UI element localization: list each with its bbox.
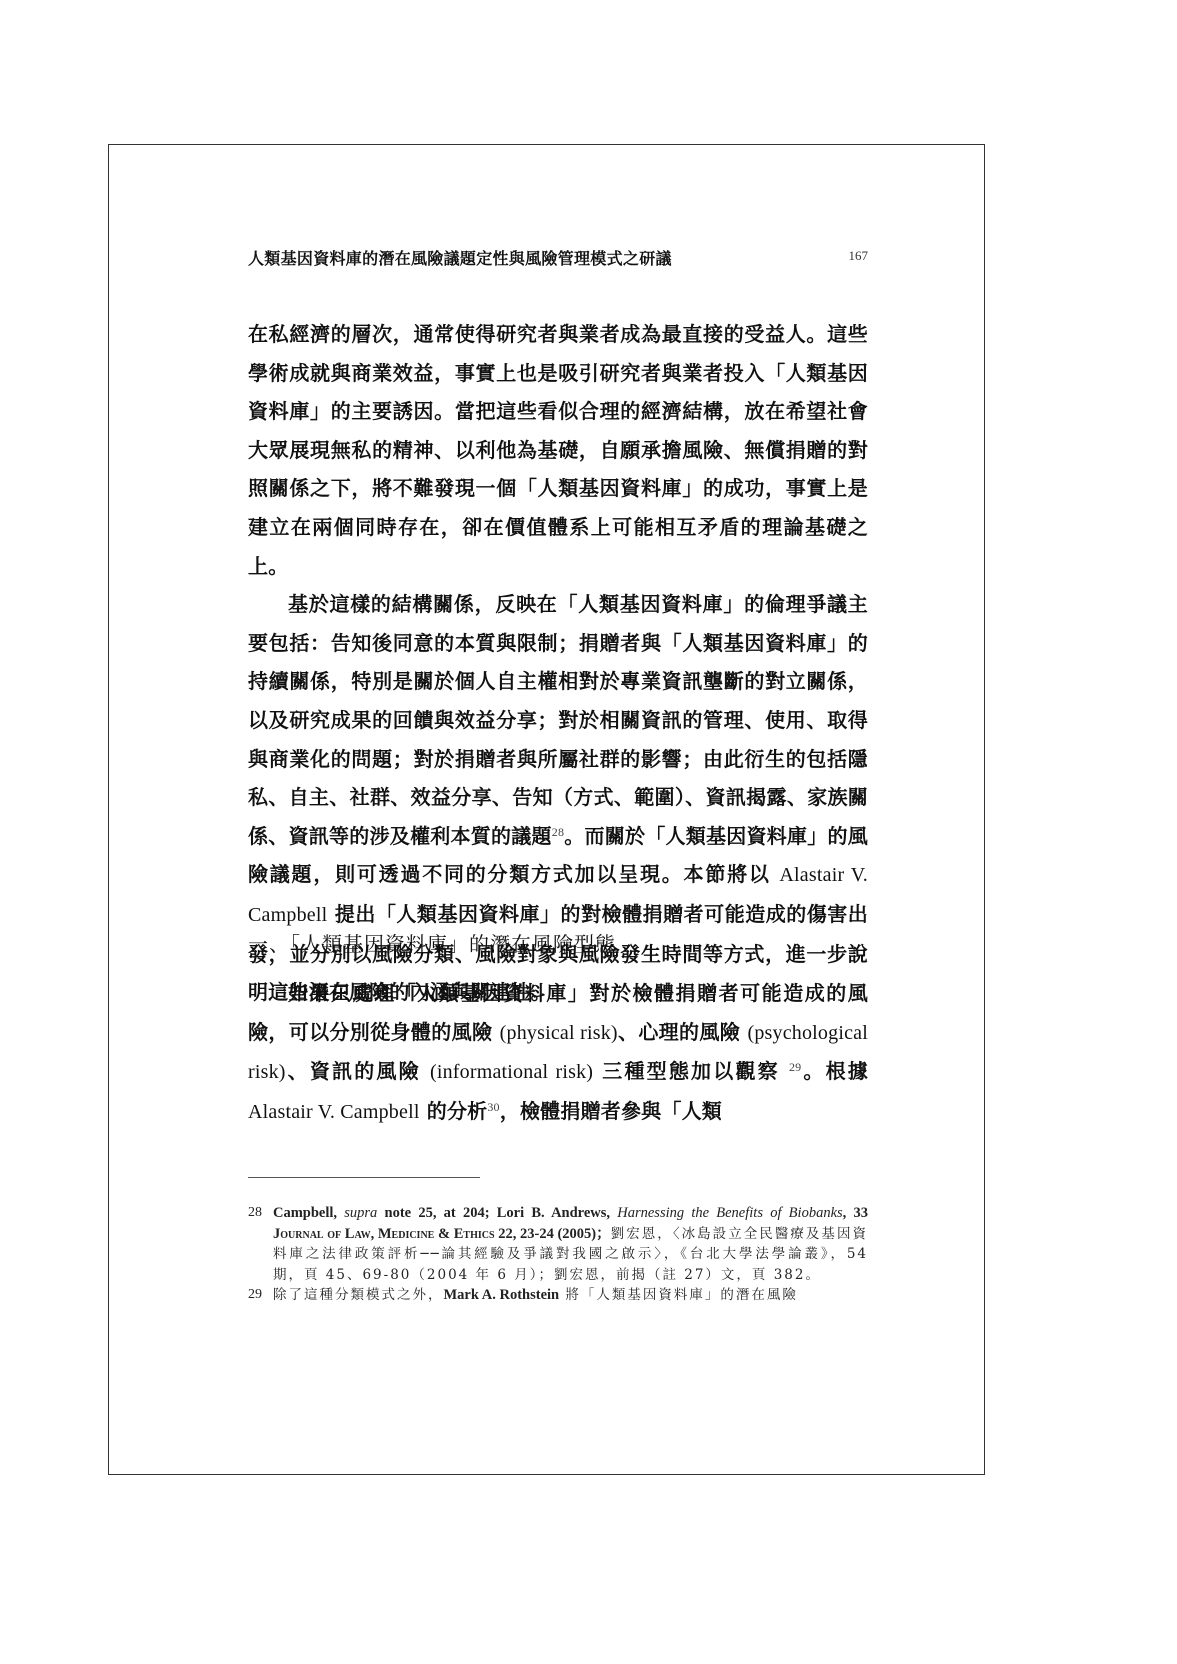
footnote-text-cjk: 將「人類基因資料庫」的潛在風險: [559, 1287, 798, 1303]
section-heading: 一、「人類基因資料庫」的潛在風險型態: [248, 928, 868, 957]
footnotes: 28 Campbell, supra note 25, at 204; Lori…: [248, 1203, 868, 1306]
footnote-28: 28 Campbell, supra note 25, at 204; Lori…: [248, 1203, 868, 1285]
footnote-text: , 33: [843, 1205, 868, 1221]
paragraph-3: 如果只處理「人類基因資料庫」對於檢體捐贈者可能造成的風險，可以分別從身體的風險 …: [248, 974, 868, 1131]
page-number: 167: [849, 248, 869, 264]
paragraph-3-text: 、資訊的風險: [286, 1059, 421, 1083]
paragraph-3-text: 三種型態加以觀察: [602, 1059, 780, 1083]
author-name: Alastair V. Campbell: [248, 1101, 420, 1123]
paragraph-1: 在私經濟的層次，通常使得研究者與業者成為最直接的受益人。這些學術成就與商業效益，…: [248, 315, 868, 585]
english-term: (physical risk): [500, 1022, 618, 1044]
running-head: 人類基因資料庫的潛在風險議題定性與風險管理模式之研議 167: [248, 246, 868, 270]
footnote-text: Campbell,: [273, 1205, 344, 1221]
paragraph-2-text: 基於這樣的結構關係，反映在「人類基因資料庫」的倫理爭議主要包括：告知後同意的本質…: [248, 592, 868, 848]
paragraph-3-text: 、心理的風險: [618, 1020, 740, 1044]
footnote-ref-29[interactable]: 29: [789, 1060, 801, 1074]
footnote-italic: supra: [344, 1205, 377, 1221]
paragraph-3-text: ，檢體捐贈者參與「人類: [500, 1099, 722, 1123]
english-term: (informational risk): [430, 1061, 593, 1083]
running-head-title: 人類基因資料庫的潛在風險議題定性與風險管理模式之研議: [248, 246, 672, 269]
footnote-separator: [248, 1177, 480, 1178]
footnote-ref-30[interactable]: 30: [487, 1100, 499, 1114]
footnote-number: 29: [248, 1285, 262, 1306]
author-name: Mark A. Rothstein: [444, 1287, 560, 1303]
paragraph-3-text: 的分析: [427, 1099, 488, 1123]
body-text: 在私經濟的層次，通常使得研究者與業者成為最直接的受益人。這些學術成就與商業效益，…: [248, 315, 868, 1012]
footnote-29: 29 除了這種分類模式之外，Mark A. Rothstein 將「人類基因資料…: [248, 1285, 868, 1306]
footnote-title-italic: Harnessing the Benefits of Biobanks: [617, 1205, 842, 1221]
journal-name: Journal of Law, Medicine & Ethics: [273, 1226, 495, 1242]
footnote-text: note 25, at 204; Lori B. Andrews,: [377, 1205, 617, 1221]
paragraph-3-text: 。根據: [801, 1059, 868, 1083]
footnote-text-cjk: 除了這種分類模式之外，: [273, 1287, 444, 1303]
footnote-ref-28[interactable]: 28: [552, 825, 564, 839]
footnote-number: 28: [248, 1203, 262, 1224]
footnote-text: 22, 23-24 (2005)；: [495, 1226, 611, 1242]
body-text-section: 如果只處理「人類基因資料庫」對於檢體捐贈者可能造成的風險，可以分別從身體的風險 …: [248, 974, 868, 1131]
